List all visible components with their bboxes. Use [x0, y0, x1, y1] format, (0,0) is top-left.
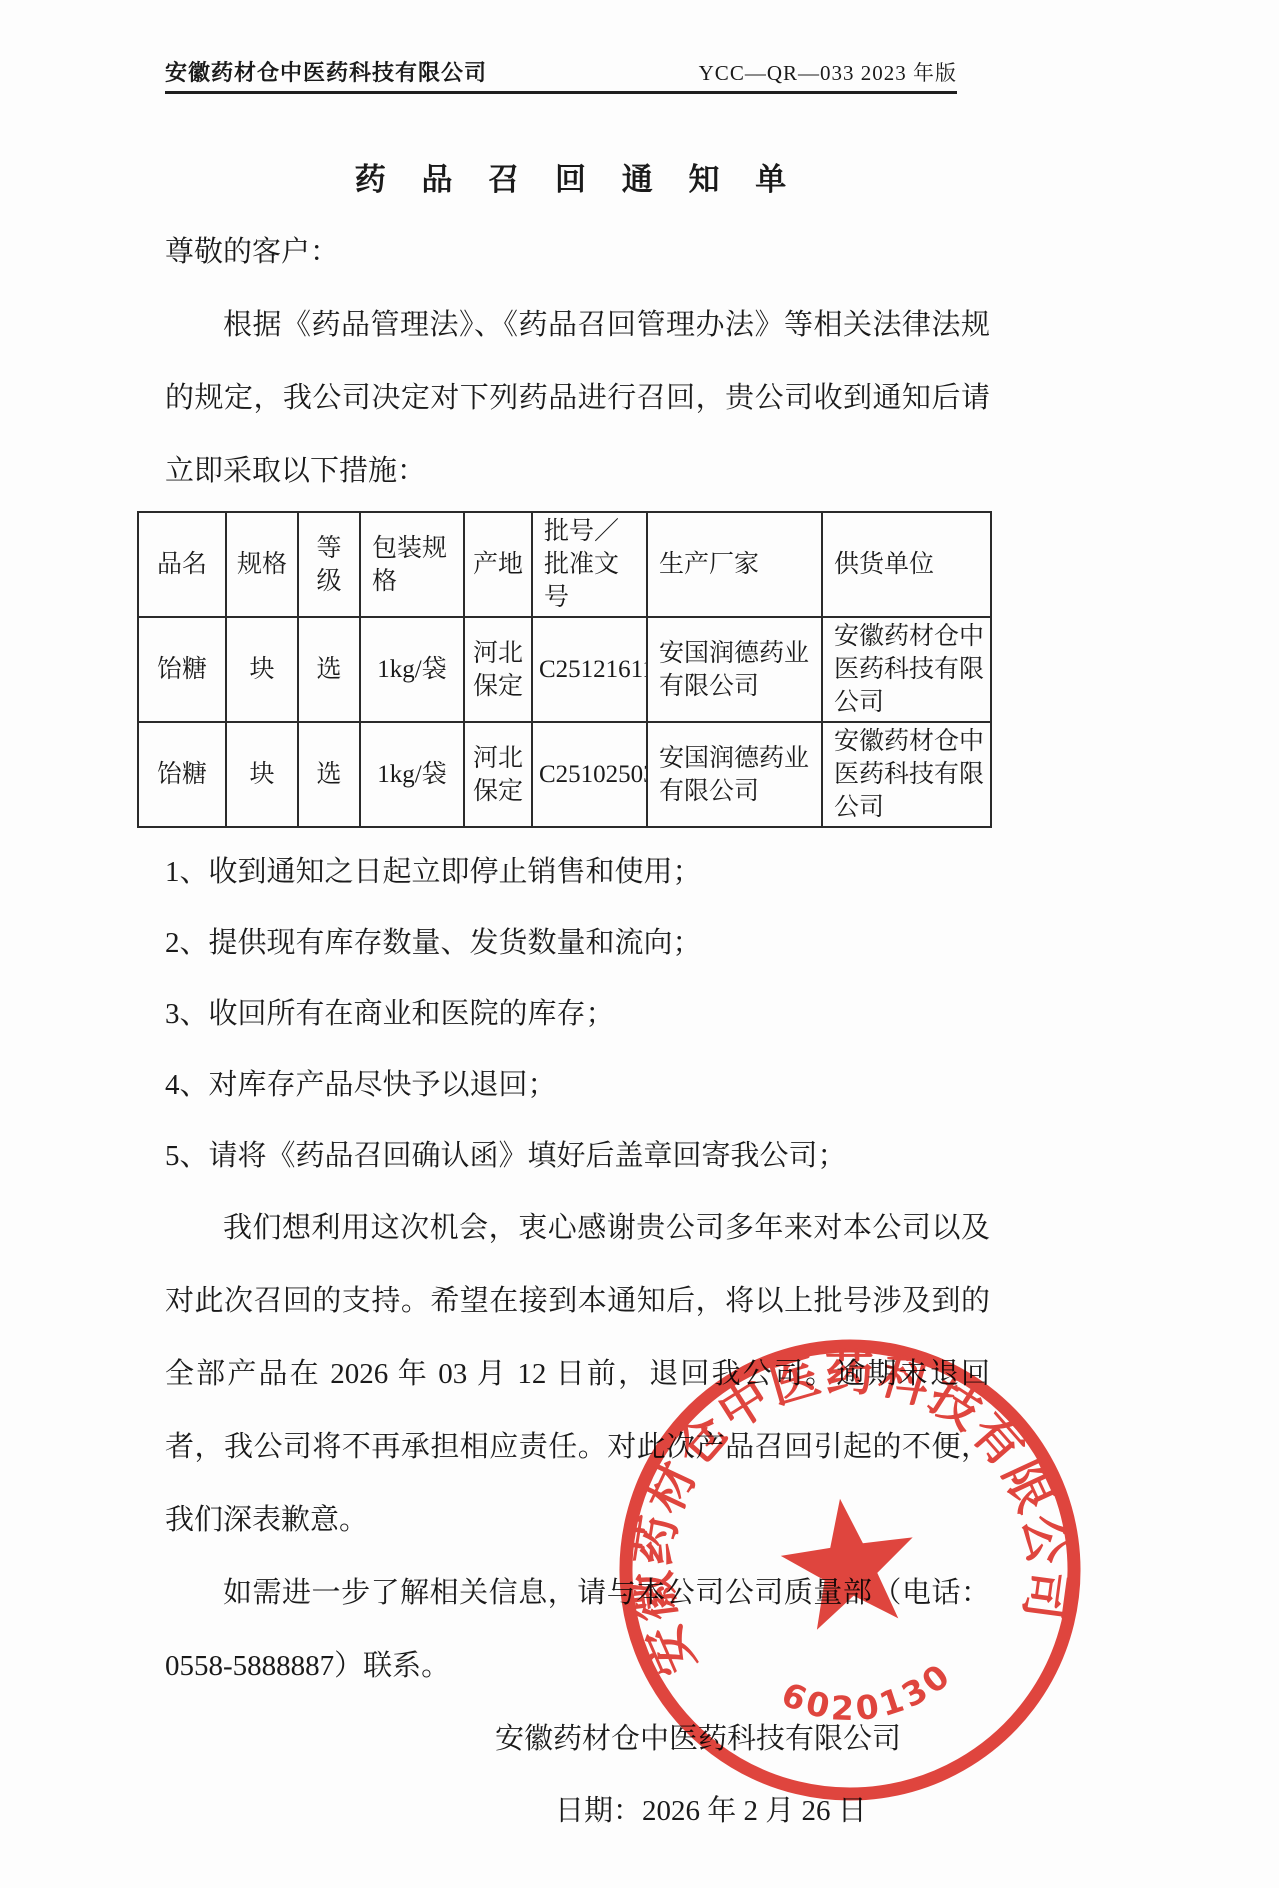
header-batch-number: 批号／批准文号	[532, 512, 647, 617]
intro-paragraph: 根据《药品管理法》、《药品召回管理办法》等相关法律法规的规定，我公司决定对下列药…	[165, 289, 990, 508]
header-grade: 等级	[298, 512, 360, 617]
header-company-name: 安徽药材仓中医药科技有限公司	[165, 56, 487, 87]
header-supplier: 供货单位	[822, 512, 991, 617]
table-row: 饴糖 块 选 1kg/袋 河北保定 C25102503 安国润德药业有限公司 安…	[138, 722, 991, 827]
header-document-number: YCC—QR—033 2023 年版	[699, 57, 957, 87]
measure-item: 2、提供现有库存数量、发货数量和流向；	[165, 908, 990, 979]
measure-item: 1、收到通知之日起立即停止销售和使用；	[165, 837, 990, 908]
cell-package-spec: 1kg/袋	[360, 617, 464, 722]
table-header-row: 品名 规格 等级 包装规格 产地 批号／批准文号 生产厂家 供货单位	[138, 512, 991, 617]
salutation: 尊敬的客户：	[165, 216, 990, 289]
header-package-spec: 包装规格	[360, 512, 464, 617]
cell-batch-number: C25121611	[532, 617, 647, 722]
document-body: 药 品 召 回 通 知 单 尊敬的客户： 根据《药品管理法》、《药品召回管理办法…	[165, 158, 990, 1847]
cell-product-name: 饴糖	[138, 617, 226, 722]
cell-batch-number: C25102503	[532, 722, 647, 827]
cell-grade: 选	[298, 722, 360, 827]
measure-item: 3、收回所有在商业和医院的库存；	[165, 979, 990, 1050]
measure-item: 5、请将《药品召回确认函》填好后盖章回寄我公司；	[165, 1121, 990, 1192]
cell-manufacturer: 安国润德药业有限公司	[647, 722, 822, 827]
document-header: 安徽药材仓中医药科技有限公司 YCC—QR—033 2023 年版	[165, 56, 957, 94]
signature-date: 日期：2026 年 2 月 26 日	[165, 1775, 990, 1847]
recall-notice-page: 安徽药材仓中医药科技有限公司 YCC—QR—033 2023 年版 药 品 召 …	[0, 0, 1279, 1888]
cell-manufacturer: 安国润德药业有限公司	[647, 617, 822, 722]
page-title: 药 品 召 回 通 知 单	[165, 158, 990, 202]
cell-origin: 河北保定	[464, 617, 532, 722]
header-spec: 规格	[226, 512, 298, 617]
signature-company: 安徽药材仓中医药科技有限公司	[165, 1703, 990, 1775]
cell-spec: 块	[226, 722, 298, 827]
cell-product-name: 饴糖	[138, 722, 226, 827]
cell-grade: 选	[298, 617, 360, 722]
recall-products-table: 品名 规格 等级 包装规格 产地 批号／批准文号 生产厂家 供货单位 饴糖 块 …	[137, 511, 992, 828]
cell-spec: 块	[226, 617, 298, 722]
table-row: 饴糖 块 选 1kg/袋 河北保定 C25121611 安国润德药业有限公司 安…	[138, 617, 991, 722]
cell-supplier: 安徽药材仓中医药科技有限公司	[822, 617, 991, 722]
measure-item: 4、对库存产品尽快予以退回；	[165, 1050, 990, 1121]
header-origin: 产地	[464, 512, 532, 617]
contact-paragraph: 如需进一步了解相关信息，请与本公司公司质量部（电话：0558-5888887）联…	[165, 1557, 990, 1703]
cell-origin: 河北保定	[464, 722, 532, 827]
header-product-name: 品名	[138, 512, 226, 617]
measures-list: 1、收到通知之日起立即停止销售和使用； 2、提供现有库存数量、发货数量和流向； …	[165, 837, 990, 1192]
cell-package-spec: 1kg/袋	[360, 722, 464, 827]
cell-supplier: 安徽药材仓中医药科技有限公司	[822, 722, 991, 827]
closing-paragraph: 我们想利用这次机会，衷心感谢贵公司多年来对本公司以及对此次召回的支持。希望在接到…	[165, 1192, 990, 1557]
header-manufacturer: 生产厂家	[647, 512, 822, 617]
